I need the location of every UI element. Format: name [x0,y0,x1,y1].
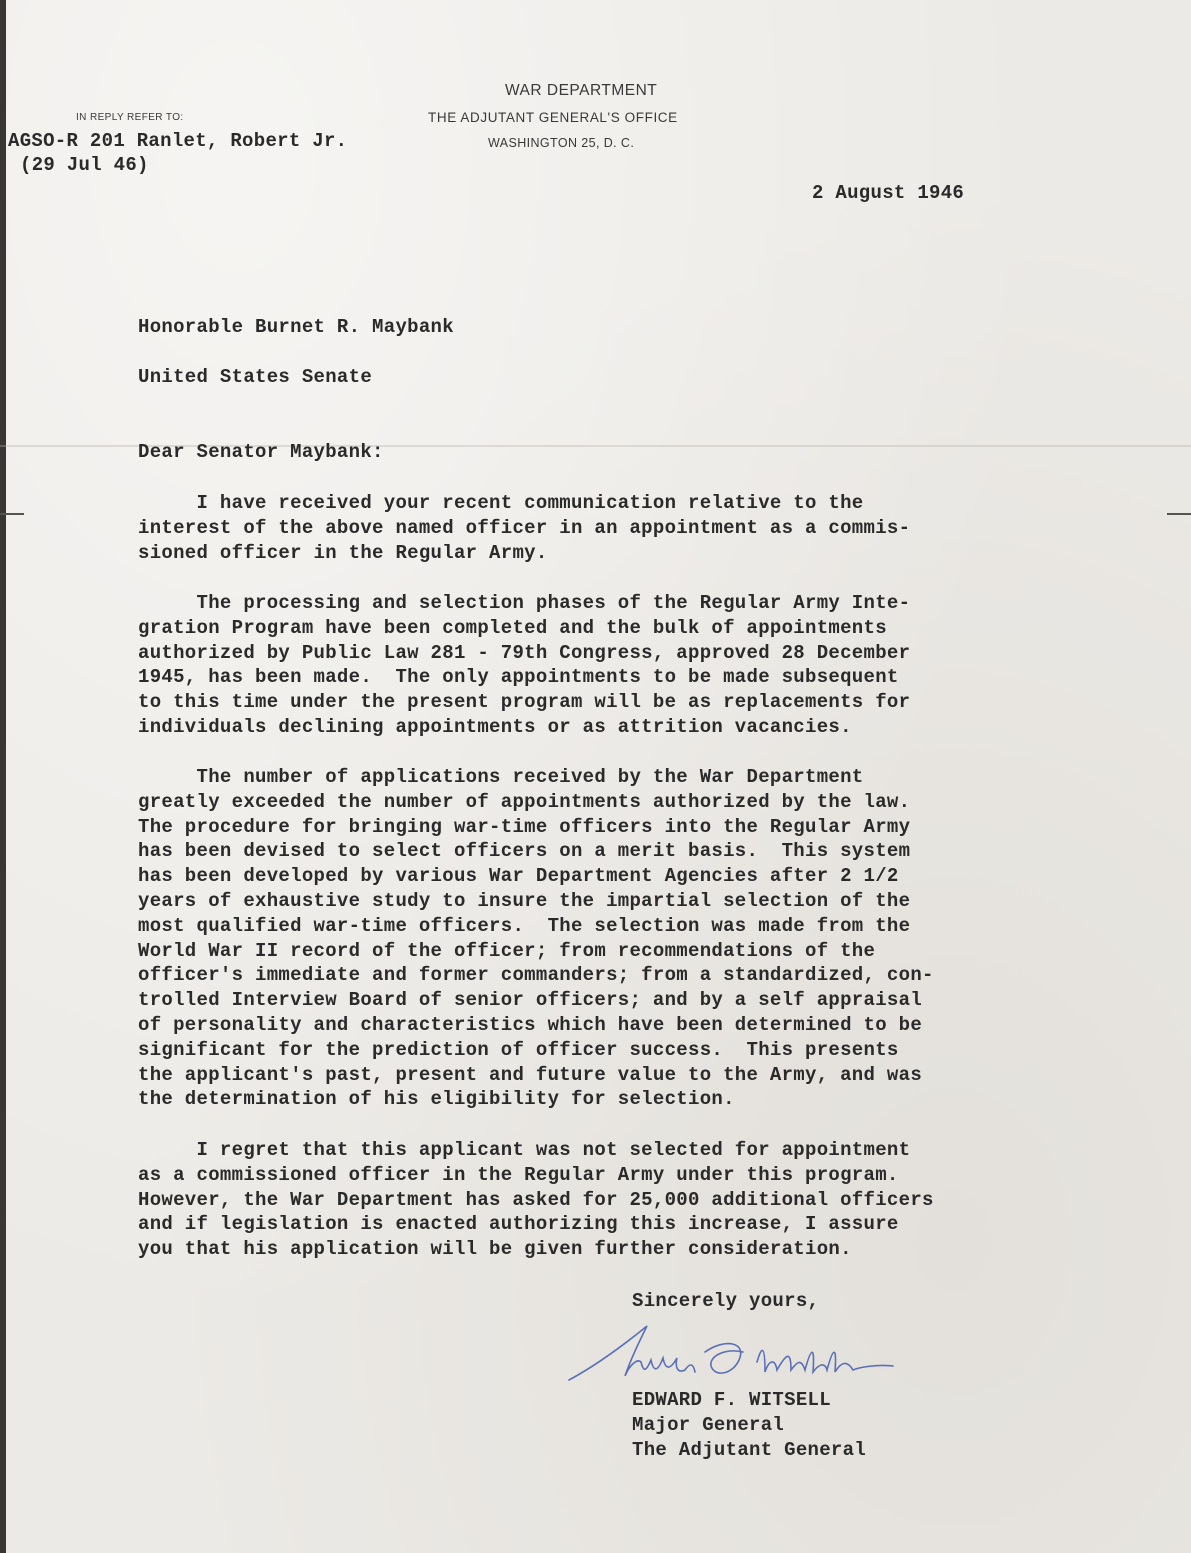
text-line: gration Program have been completed and … [138,616,910,641]
letterhead-office: THE ADJUTANT GENERAL'S OFFICE [428,110,678,125]
text-line: I have received your recent communicatio… [138,491,910,516]
text-line: the applicant's past, present and future… [138,1063,934,1088]
paragraph-1: I have received your recent communicatio… [138,491,910,565]
text-line: greatly exceeded the number of appointme… [138,790,934,815]
signer-rank: Major General [632,1413,784,1438]
paragraph-2: The processing and selection phases of t… [138,591,910,740]
text-line: The procedure for bringing war-time offi… [138,815,934,840]
reference-line-1: AGSO-R 201 Ranlet, Robert Jr. [8,129,347,154]
addressee-body: United States Senate [138,365,372,390]
text-line: has been devised to select officers on a… [138,839,934,864]
text-line: significant for the prediction of office… [138,1038,934,1063]
letterhead-department: WAR DEPARTMENT [505,82,657,100]
text-line: interest of the above named officer in a… [138,516,910,541]
letter-date: 2 August 1946 [812,181,964,206]
handwritten-signature [565,1318,895,1393]
signer-name: EDWARD F. WITSELL [632,1388,831,1413]
text-line: of personality and characteristics which… [138,1013,934,1038]
text-line: authorized by Public Law 281 - 79th Cong… [138,641,910,666]
text-line: 1945, has been made. The only appointmen… [138,665,910,690]
paragraph-4: I regret that this applicant was not sel… [138,1138,934,1262]
reply-refer-label: IN REPLY REFER TO: [76,112,184,123]
salutation: Dear Senator Maybank: [138,440,384,465]
text-line: officer's immediate and former commander… [138,963,934,988]
signer-title: The Adjutant General [632,1438,866,1463]
text-line: years of exhaustive study to insure the … [138,889,934,914]
text-line: I regret that this applicant was not sel… [138,1138,934,1163]
text-line: and if legislation is enacted authorizin… [138,1212,934,1237]
fold-mark-left [0,513,24,515]
fold-mark-right [1167,513,1191,515]
text-line: has been developed by various War Depart… [138,864,934,889]
letterhead-city: WASHINGTON 25, D. C. [488,136,634,150]
text-line: The number of applications received by t… [138,765,934,790]
scan-edge [0,0,6,1553]
text-line: However, the War Department has asked fo… [138,1188,934,1213]
text-line: individuals declining appointments or as… [138,715,910,740]
text-line: most qualified war-time officers. The se… [138,914,934,939]
addressee-name: Honorable Burnet R. Maybank [138,315,454,340]
paragraph-3: The number of applications received by t… [138,765,934,1112]
text-line: the determination of his eligibility for… [138,1087,934,1112]
text-line: you that his application will be given f… [138,1237,934,1262]
text-line: to this time under the present program w… [138,690,910,715]
text-line: sioned officer in the Regular Army. [138,541,910,566]
closing: Sincerely yours, [632,1289,819,1314]
text-line: as a commissioned officer in the Regular… [138,1163,934,1188]
reference-line-2: (29 Jul 46) [20,153,149,178]
text-line: World War II record of the officer; from… [138,939,934,964]
text-line: trolled Interview Board of senior office… [138,988,934,1013]
text-line: The processing and selection phases of t… [138,591,910,616]
